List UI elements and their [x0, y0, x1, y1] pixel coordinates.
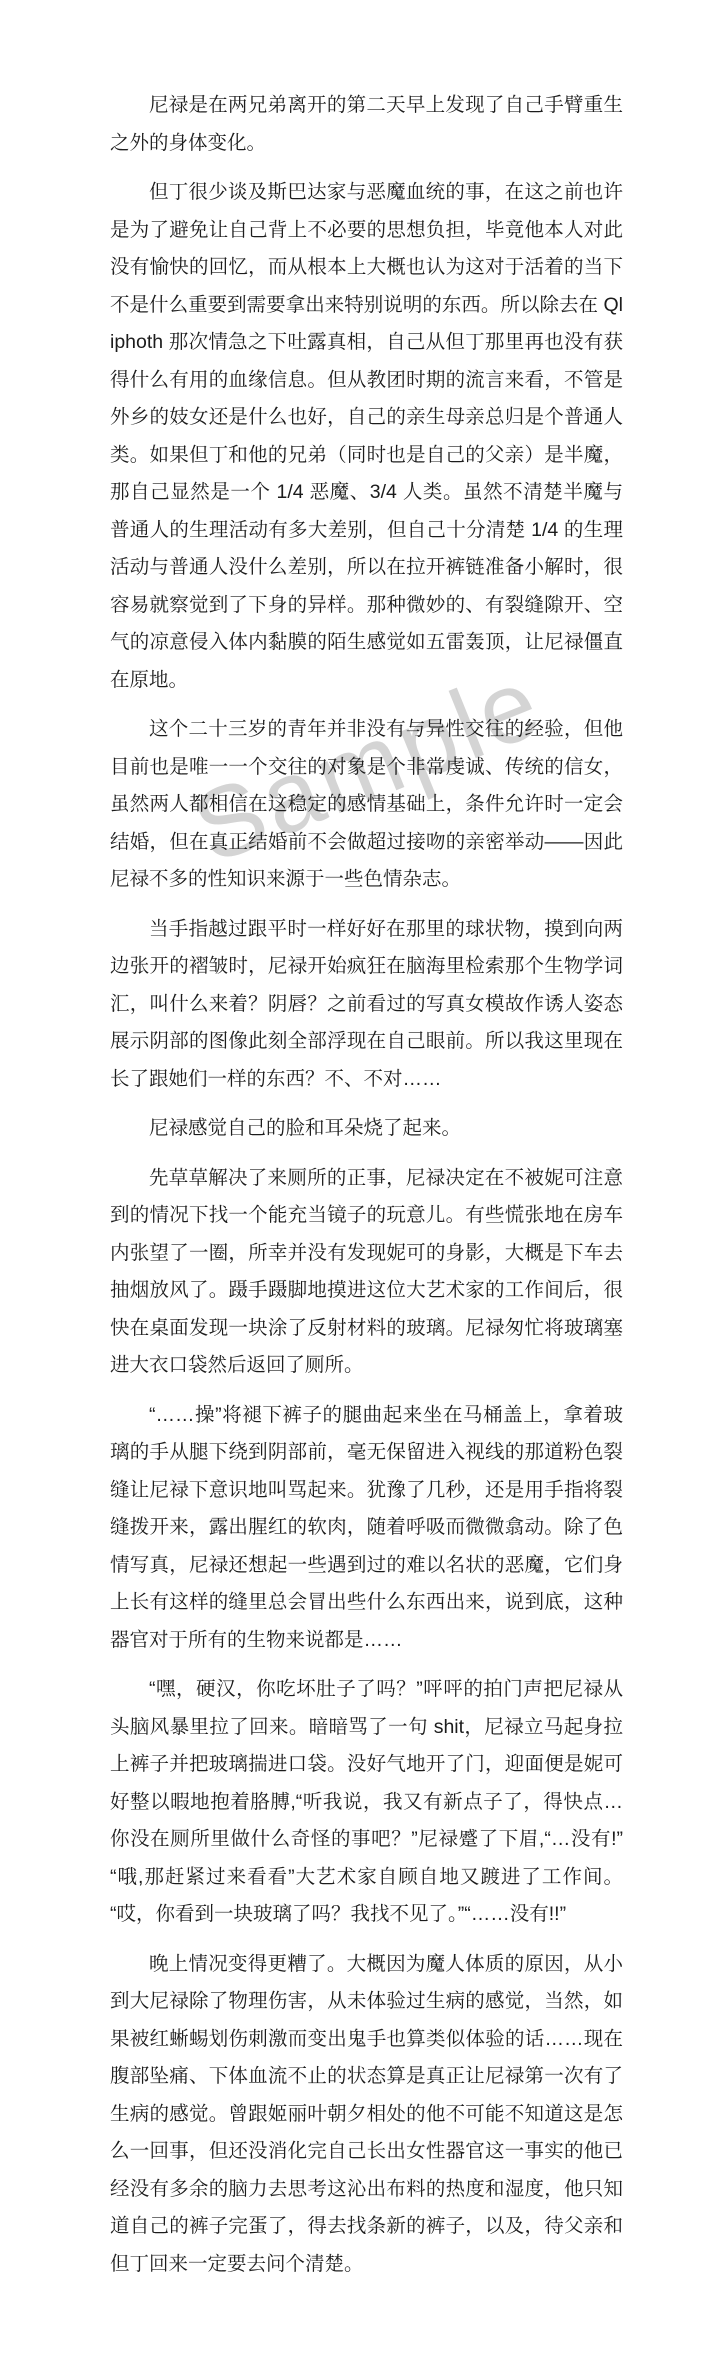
- paragraph: 晚上情况变得更糟了。大概因为魔人体质的原因，从小到大尼禄除了物理伤害，从未体验过…: [110, 1946, 623, 2284]
- paragraph: “……操”将褪下裤子的腿曲起来坐在马桶盖上，拿着玻璃的手从腿下绕到阴部前，毫无保…: [110, 1397, 623, 1660]
- paragraph: “嘿，硬汉，你吃坏肚子了吗？”呯呯的拍门声把尼禄从头脑风暴里拉了回来。暗暗骂了一…: [110, 1671, 623, 1934]
- document-page: Sample 尼禄是在两兄弟离开的第二天早上发现了自己手臂重生之外的身体变化。 …: [0, 0, 720, 2374]
- paragraph: 但丁很少谈及斯巴达家与恶魔血统的事，在这之前也许是为了避免让自己背上不必要的思想…: [110, 174, 623, 699]
- paragraph: 先草草解决了来厕所的正事，尼禄决定在不被妮可注意到的情况下找一个能充当镜子的玩意…: [110, 1160, 623, 1385]
- paragraph: 当手指越过跟平时一样好好在那里的球状物，摸到向两边张开的褶皱时，尼禄开始疯狂在脑…: [110, 911, 623, 1099]
- paragraph: 这个二十三岁的青年并非没有与异性交往的经验，但他目前也是唯一一个交往的对象是个非…: [110, 711, 623, 899]
- paragraph: 尼禄感觉自己的脸和耳朵烧了起来。: [110, 1110, 623, 1148]
- document-body: 尼禄是在两兄弟离开的第二天早上发现了自己手臂重生之外的身体变化。 但丁很少谈及斯…: [0, 0, 720, 2283]
- paragraph: 尼禄是在两兄弟离开的第二天早上发现了自己手臂重生之外的身体变化。: [110, 87, 623, 162]
